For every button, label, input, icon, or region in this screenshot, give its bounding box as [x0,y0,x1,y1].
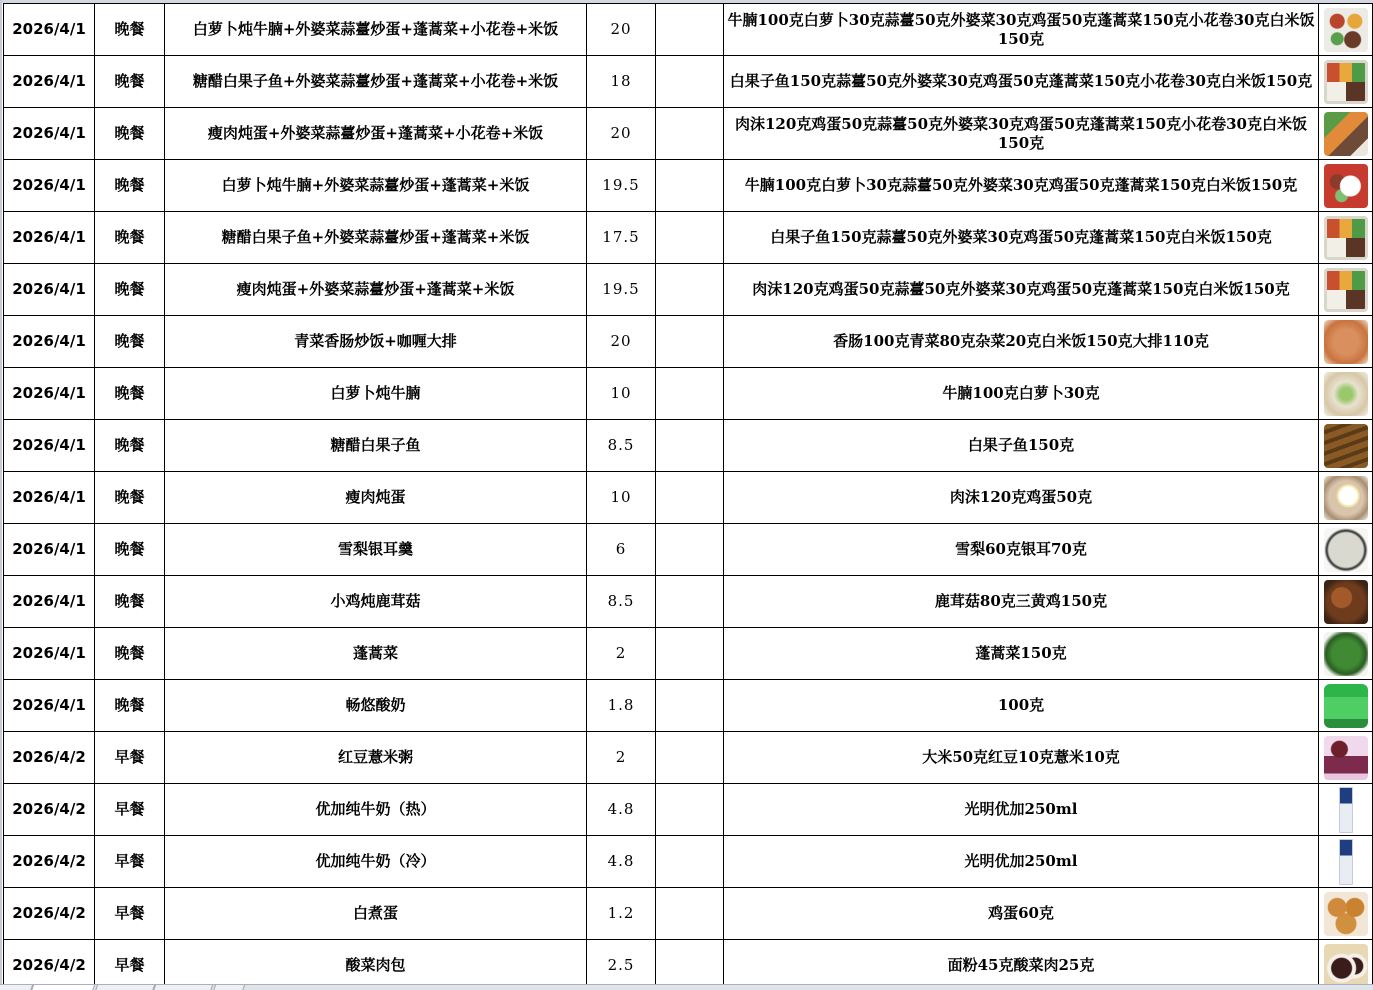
table-row: 2026/4/2早餐酸菜肉包2.5面粉45克酸菜肉25克 [4,940,1373,985]
blank-cell[interactable] [656,212,724,264]
image-cell[interactable] [1319,472,1373,524]
table-row: 2026/4/1晚餐糖醋白果子鱼8.5白果子鱼150克 [4,420,1373,472]
price-cell[interactable]: 4.8 [587,784,656,836]
meal-cell[interactable]: 晚餐 [95,160,165,212]
price-cell[interactable]: 20 [587,4,656,56]
date-cell[interactable]: 2026/4/2 [4,784,95,836]
date-cell[interactable]: 2026/4/1 [4,4,95,56]
greens-icon[interactable] [1324,632,1368,676]
meal-cell[interactable]: 早餐 [95,888,165,940]
image-cell[interactable] [1319,940,1373,985]
sheet-tab-nav[interactable] [0,985,33,990]
meal-cell[interactable]: 晚餐 [95,212,165,264]
dish-name-cell[interactable]: 优加纯牛奶（热） [165,784,587,836]
price-cell[interactable]: 4.8 [587,836,656,888]
image-cell[interactable] [1319,160,1373,212]
ingredients-cell[interactable]: 肉沫120克鸡蛋50克蒜薹50克外婆菜30克鸡蛋50克蓬蒿菜150克小花卷30克… [724,108,1319,160]
blank-cell[interactable] [656,472,724,524]
ingredients-cell[interactable]: 雪梨60克银耳70克 [724,524,1319,576]
pear-soup-icon[interactable] [1324,528,1368,572]
price-cell[interactable]: 2 [587,732,656,784]
ingredients-cell[interactable]: 牛腩100克白萝卜30克蒜薹50克外婆菜30克鸡蛋50克蓬蒿菜150克白米饭15… [724,160,1319,212]
image-cell[interactable] [1319,368,1373,420]
image-cell[interactable] [1319,4,1373,56]
image-cell[interactable] [1319,264,1373,316]
table-row: 2026/4/1晚餐青菜香肠炒饭+咖喱大排20香肠100克青菜80克杂菜20克白… [4,316,1373,368]
bento-box-icon[interactable] [1324,268,1368,312]
bento-box-icon[interactable] [1324,60,1368,104]
dish-name-cell[interactable]: 白萝卜炖牛腩+外婆菜蒜薹炒蛋+蓬蒿菜+米饭 [165,160,587,212]
blank-cell[interactable] [656,108,724,160]
table-row: 2026/4/2早餐优加纯牛奶（热）4.8光明优加250ml [4,784,1373,836]
meal-cell[interactable]: 早餐 [95,940,165,985]
ingredients-cell[interactable]: 鹿茸菇80克三黄鸡150克 [724,576,1319,628]
date-cell[interactable]: 2026/4/1 [4,628,95,680]
meal-cell[interactable]: 晚餐 [95,264,165,316]
ingredients-cell[interactable]: 牛腩100克白萝卜30克 [724,368,1319,420]
image-cell[interactable] [1319,56,1373,108]
blank-cell[interactable] [656,576,724,628]
boiled-eggs-icon[interactable] [1324,892,1368,936]
meal-cell[interactable]: 晚餐 [95,680,165,732]
meal-cell[interactable]: 晚餐 [95,420,165,472]
price-cell[interactable]: 20 [587,108,656,160]
meal-cell[interactable]: 早餐 [95,784,165,836]
dish-name-cell[interactable]: 瘦肉炖蛋+外婆菜蒜薹炒蛋+蓬蒿菜+米饭 [165,264,587,316]
ingredients-cell[interactable]: 蓬蒿菜150克 [724,628,1319,680]
milk-carton-icon[interactable] [1339,787,1353,833]
beef-stew-icon[interactable] [1324,372,1368,416]
ingredients-cell[interactable]: 光明优加250ml [724,784,1319,836]
table-row: 2026/4/2早餐红豆薏米粥2大米50克红豆10克薏米10克 [4,732,1373,784]
blank-cell[interactable] [656,264,724,316]
meal-cell[interactable]: 早餐 [95,732,165,784]
meal-cell[interactable]: 晚餐 [95,4,165,56]
date-cell[interactable]: 2026/4/1 [4,212,95,264]
table-row: 2026/4/1晚餐白萝卜炖牛腩+外婆菜蒜薹炒蛋+蓬蒿菜+米饭19.5牛腩100… [4,160,1373,212]
sheet-tab-2[interactable] [95,985,155,990]
add-sheet-button[interactable] [213,985,245,990]
dish-name-cell[interactable]: 白萝卜炖牛腩+外婆菜蒜薹炒蛋+蓬蒿菜+小花卷+米饭 [165,4,587,56]
price-cell[interactable]: 10 [587,368,656,420]
table-row: 2026/4/1晚餐雪梨银耳羹6雪梨60克银耳70克 [4,524,1373,576]
blank-cell[interactable] [656,368,724,420]
meal-cell[interactable]: 晚餐 [95,524,165,576]
sheet-tab-1[interactable] [31,985,95,990]
dish-name-cell[interactable]: 白煮蛋 [165,888,587,940]
table-row: 2026/4/1晚餐糖醋白果子鱼+外婆菜蒜薹炒蛋+蓬蒿菜+米饭17.5白果子鱼1… [4,212,1373,264]
date-cell[interactable]: 2026/4/2 [4,888,95,940]
image-cell[interactable] [1319,680,1373,732]
meal-tray-icon[interactable] [1324,164,1368,208]
image-cell[interactable] [1319,576,1373,628]
blank-cell[interactable] [656,160,724,212]
meal-cell[interactable]: 晚餐 [95,316,165,368]
image-cell[interactable] [1319,628,1373,680]
blank-cell[interactable] [656,784,724,836]
dish-name-cell[interactable]: 白萝卜炖牛腩 [165,368,587,420]
chicken-stew-icon[interactable] [1324,580,1368,624]
date-cell[interactable]: 2026/4/2 [4,732,95,784]
date-cell[interactable]: 2026/4/1 [4,368,95,420]
sheet-tab-bar [0,984,1373,990]
image-cell[interactable] [1319,108,1373,160]
price-cell[interactable]: 1.2 [587,888,656,940]
steamed-bun-icon[interactable] [1324,944,1368,985]
dish-name-cell[interactable]: 酸菜肉包 [165,940,587,985]
dish-name-cell[interactable]: 雪梨银耳羹 [165,524,587,576]
ingredients-cell[interactable]: 白果子鱼150克蒜薹50克外婆菜30克鸡蛋50克蓬蒿菜150克小花卷30克白米饭… [724,56,1319,108]
dish-name-cell[interactable]: 糖醋白果子鱼+外婆菜蒜薹炒蛋+蓬蒿菜+小花卷+米饭 [165,56,587,108]
ingredients-cell[interactable]: 白果子鱼150克蒜薹50克外婆菜30克鸡蛋50克蓬蒿菜150克白米饭150克 [724,212,1319,264]
menu-table: 2026/4/1晚餐白萝卜炖牛腩+外婆菜蒜薹炒蛋+蓬蒿菜+小花卷+米饭20牛腩1… [3,3,1373,984]
date-cell[interactable]: 2026/4/2 [4,940,95,985]
table-row: 2026/4/1晚餐蓬蒿菜2蓬蒿菜150克 [4,628,1373,680]
porridge-icon[interactable] [1324,736,1368,780]
table-row: 2026/4/1晚餐瘦肉炖蛋+外婆菜蒜薹炒蛋+蓬蒿菜+米饭19.5肉沫120克鸡… [4,264,1373,316]
price-cell[interactable]: 2 [587,628,656,680]
yogurt-icon[interactable] [1324,684,1368,728]
table-row: 2026/4/1晚餐小鸡炖鹿茸菇8.5鹿茸菇80克三黄鸡150克 [4,576,1373,628]
price-cell[interactable]: 17.5 [587,212,656,264]
price-cell[interactable]: 8.5 [587,420,656,472]
bento-tray-icon[interactable] [1324,112,1368,156]
blank-cell[interactable] [656,680,724,732]
date-cell[interactable]: 2026/4/1 [4,56,95,108]
dish-name-cell[interactable]: 小鸡炖鹿茸菇 [165,576,587,628]
table-row: 2026/4/1晚餐瘦肉炖蛋+外婆菜蒜薹炒蛋+蓬蒿菜+小花卷+米饭20肉沫120… [4,108,1373,160]
ingredients-cell[interactable]: 香肠100克青菜80克杂菜20克白米饭150克大排110克 [724,316,1319,368]
ingredients-cell[interactable]: 肉沫120克鸡蛋50克蒜薹50克外婆菜30克鸡蛋50克蓬蒿菜150克白米饭150… [724,264,1319,316]
image-cell[interactable] [1319,212,1373,264]
dish-name-cell[interactable]: 糖醋白果子鱼+外婆菜蒜薹炒蛋+蓬蒿菜+米饭 [165,212,587,264]
ingredients-cell[interactable]: 面粉45克酸菜肉25克 [724,940,1319,985]
price-cell[interactable]: 10 [587,472,656,524]
date-cell[interactable]: 2026/4/1 [4,420,95,472]
blank-cell[interactable] [656,888,724,940]
bento-set-icon[interactable] [1324,8,1368,52]
dish-name-cell[interactable]: 青菜香肠炒饭+咖喱大排 [165,316,587,368]
image-cell[interactable] [1319,732,1373,784]
image-cell[interactable] [1319,420,1373,472]
price-cell[interactable]: 2.5 [587,940,656,985]
spreadsheet-grid[interactable]: 2026/4/1晚餐白萝卜炖牛腩+外婆菜蒜薹炒蛋+蓬蒿菜+小花卷+米饭20牛腩1… [0,0,1373,984]
image-cell[interactable] [1319,784,1373,836]
table-row: 2026/4/1晚餐瘦肉炖蛋10肉沫120克鸡蛋50克 [4,472,1373,524]
price-cell[interactable]: 19.5 [587,264,656,316]
ingredients-cell[interactable]: 光明优加250ml [724,836,1319,888]
blank-cell[interactable] [656,628,724,680]
table-row: 2026/4/2早餐白煮蛋1.2鸡蛋60克 [4,888,1373,940]
date-cell[interactable]: 2026/4/1 [4,524,95,576]
blank-cell[interactable] [656,940,724,985]
price-cell[interactable]: 1.8 [587,680,656,732]
image-cell[interactable] [1319,888,1373,940]
dish-name-cell[interactable]: 糖醋白果子鱼 [165,420,587,472]
ingredients-cell[interactable]: 100克 [724,680,1319,732]
date-cell[interactable]: 2026/4/1 [4,472,95,524]
price-cell[interactable]: 8.5 [587,576,656,628]
image-cell[interactable] [1319,836,1373,888]
table-row: 2026/4/1晚餐白萝卜炖牛腩10牛腩100克白萝卜30克 [4,368,1373,420]
meal-cell[interactable]: 晚餐 [95,576,165,628]
blank-cell[interactable] [656,4,724,56]
table-row: 2026/4/1晚餐白萝卜炖牛腩+外婆菜蒜薹炒蛋+蓬蒿菜+小花卷+米饭20牛腩1… [4,4,1373,56]
dish-name-cell[interactable]: 优加纯牛奶（冷） [165,836,587,888]
ingredients-cell[interactable]: 大米50克红豆10克薏米10克 [724,732,1319,784]
blank-cell[interactable] [656,420,724,472]
dish-name-cell[interactable]: 瘦肉炖蛋+外婆菜蒜薹炒蛋+蓬蒿菜+小花卷+米饭 [165,108,587,160]
date-cell[interactable]: 2026/4/1 [4,576,95,628]
sheet-tab-3[interactable] [153,985,213,990]
price-cell[interactable]: 19.5 [587,160,656,212]
dish-name-cell[interactable]: 畅悠酸奶 [165,680,587,732]
ingredients-cell[interactable]: 肉沫120克鸡蛋50克 [724,472,1319,524]
meal-cell[interactable]: 晚餐 [95,628,165,680]
milk-carton-icon[interactable] [1339,839,1353,885]
blank-cell[interactable] [656,524,724,576]
meal-cell[interactable]: 晚餐 [95,56,165,108]
image-cell[interactable] [1319,316,1373,368]
dish-name-cell[interactable]: 红豆薏米粥 [165,732,587,784]
bento-box-icon[interactable] [1324,216,1368,260]
meal-cell[interactable]: 早餐 [95,836,165,888]
table-row: 2026/4/1晚餐糖醋白果子鱼+外婆菜蒜薹炒蛋+蓬蒿菜+小花卷+米饭18白果子… [4,56,1373,108]
price-cell[interactable]: 6 [587,524,656,576]
date-cell[interactable]: 2026/4/1 [4,108,95,160]
fish-icon[interactable] [1324,424,1368,468]
meal-cell[interactable]: 晚餐 [95,368,165,420]
blank-cell[interactable] [656,836,724,888]
date-cell[interactable]: 2026/4/1 [4,160,95,212]
ingredients-cell[interactable]: 牛腩100克白萝卜30克蒜薹50克外婆菜30克鸡蛋50克蓬蒿菜150克小花卷30… [724,4,1319,56]
price-cell[interactable]: 18 [587,56,656,108]
date-cell[interactable]: 2026/4/1 [4,680,95,732]
date-cell[interactable]: 2026/4/1 [4,316,95,368]
dish-name-cell[interactable]: 蓬蒿菜 [165,628,587,680]
meal-cell[interactable]: 晚餐 [95,472,165,524]
steamed-egg-icon[interactable] [1324,476,1368,520]
table-row: 2026/4/2早餐优加纯牛奶（冷）4.8光明优加250ml [4,836,1373,888]
dish-name-cell[interactable]: 瘦肉炖蛋 [165,472,587,524]
meal-cell[interactable]: 晚餐 [95,108,165,160]
image-cell[interactable] [1319,524,1373,576]
price-cell[interactable]: 20 [587,316,656,368]
blank-cell[interactable] [656,732,724,784]
blank-cell[interactable] [656,316,724,368]
ingredients-cell[interactable]: 白果子鱼150克 [724,420,1319,472]
ingredients-cell[interactable]: 鸡蛋60克 [724,888,1319,940]
fried-rice-icon[interactable] [1324,320,1368,364]
blank-cell[interactable] [656,56,724,108]
date-cell[interactable]: 2026/4/2 [4,836,95,888]
table-row: 2026/4/1晚餐畅悠酸奶1.8100克 [4,680,1373,732]
date-cell[interactable]: 2026/4/1 [4,264,95,316]
